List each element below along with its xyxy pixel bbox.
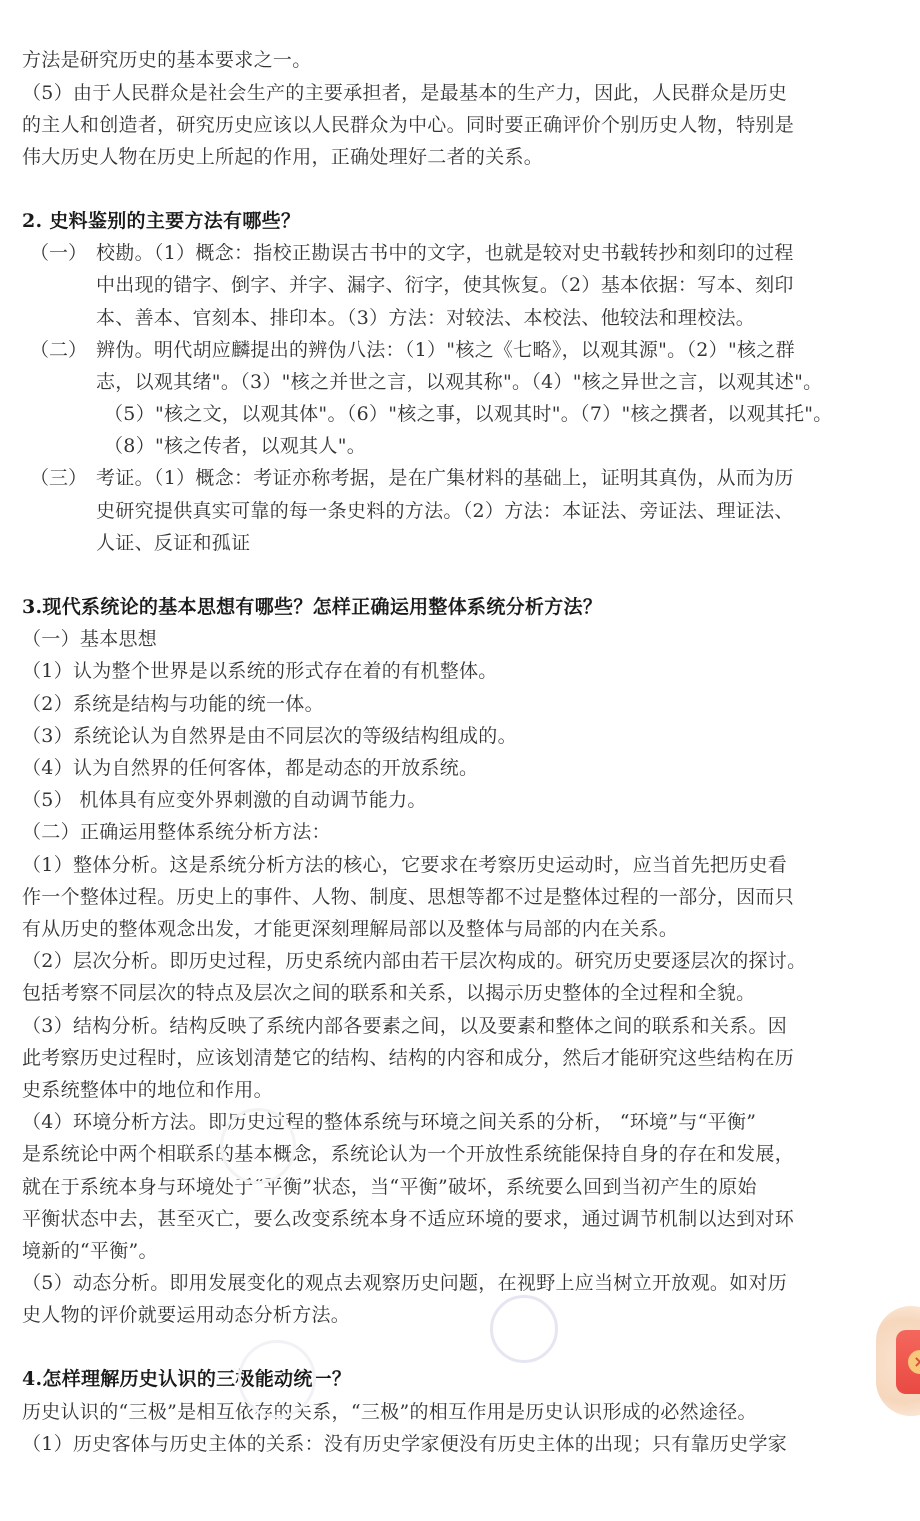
paragraph-line: 作一个整体过程。历史上的事件、人物、制度、思想等都不过是整体过程的一部分，因而只 (22, 881, 880, 913)
paragraph-line: 包括考察不同层次的特点及层次之间的联系和关系，以揭示历史整体的全过程和全貌。 (22, 977, 880, 1009)
paragraph-line: 本、善本、官刻本、排印本。（3）方法：对较法、本校法、他较法和理校法。 (96, 302, 880, 334)
loading-ring-icon (490, 1295, 558, 1363)
paragraph-line: 史人物的评价就要运用动态分析方法。 (22, 1299, 880, 1331)
paragraph-line: 人证、反证和孤证 (96, 527, 880, 559)
paragraph-line: 此考察历史过程时，应该划清楚它的结构、结构的内容和成分，然后才能研究这些结构在历 (22, 1042, 880, 1074)
paragraph-line: （5）动态分析。即用发展变化的观点去观察历史问题，在视野上应当树立开放观。如对历 (22, 1267, 880, 1299)
paragraph-line: （4）环境分析方法。即历史过程的整体系统与环境之间关系的分析， “环境”与“平衡… (22, 1106, 880, 1138)
paragraph-line: （二）正确运用整体系统分析方法： (22, 816, 880, 848)
paragraph-line: 考证。（1）概念：考证亦称考据，是在广集材料的基础上，证明其真伪，从而为历 (96, 462, 880, 494)
paragraph-line: （3）系统论认为自然界是由不同层次的等级结构组成的。 (22, 720, 880, 752)
question-3-title: 3.现代系统论的基本思想有哪些？怎样正确运用整体系统分析方法？ (22, 591, 880, 623)
paragraph-line: 有从历史的整体观念出发，才能更深刻理解局部以及整体与局部的内在关系。 (22, 913, 880, 945)
question-4-title: 4.怎样理解历史认识的三极能动统一？ (22, 1363, 880, 1395)
paragraph-line: 志，以观其绪"。（3）"核之并世之言，以观其称"。（4）"核之异世之言，以观其述… (96, 366, 880, 398)
item-label: （三） (30, 462, 87, 494)
item-label: （一） (30, 237, 87, 269)
paragraph-line: 校勘。（1）概念：指校正勘误古书中的文字，也就是较对史书载转抄和刻印的过程 (96, 237, 880, 269)
paragraph-line: 中出现的错字、倒字、并字、漏字、衍字，使其恢复。（2）基本依据：写本、刻印 (96, 269, 880, 301)
paragraph-line: （3）结构分析。结构反映了系统内部各要素之间，以及要素和整体之间的联系和关系。因 (22, 1010, 880, 1042)
paragraph-line: （5） 机体具有应变外界刺激的自动调节能力。 (22, 784, 880, 816)
paragraph-line: （8）"核之传者，以观其人"。 (104, 430, 880, 462)
paragraph-line: 就在于系统本身与环境处于“平衡”状态，当“平衡”破坏，系统要么回到当初产生的原始 (22, 1171, 880, 1203)
paragraph-line: 的主人和创造者，研究历史应该以人民群众为中心。同时要正确评价个别历史人物，特别是 (22, 109, 880, 141)
floating-action-button[interactable]: × (876, 1306, 920, 1416)
paragraph-line: （5）由于人民群众是社会生产的主要承担者，是最基本的生产力，因此，人民群众是历史 (22, 77, 880, 109)
paragraph-line: 辨伪。明代胡应麟提出的辨伪八法：（1）"核之《七略》，以观其源"。（2）"核之群 (96, 334, 880, 366)
paragraph-line: 平衡状态中去，甚至灭亡，要么改变系统本身不适应环境的要求，通过调节机制以达到对环 (22, 1203, 880, 1235)
floating-button-badge: × (896, 1330, 920, 1394)
item-label: （二） (30, 334, 87, 366)
paragraph-line: （1）整体分析。这是系统分析方法的核心，它要求在考察历史运动时，应当首先把历史看 (22, 849, 880, 881)
paragraph-line: （4）认为自然界的任何客体，都是动态的开放系统。 (22, 752, 880, 784)
paragraph-line: 史研究提供真实可靠的每一条史料的方法。（2）方法：本证法、旁证法、理证法、 (96, 495, 880, 527)
paragraph-line: 方法是研究历史的基本要求之一。 (22, 44, 880, 76)
paragraph-line: （2）层次分析。即历史过程，历史系统内部由若干层次构成的。研究历史要逐层次的探讨… (22, 945, 880, 977)
paragraph-line: （2）系统是结构与功能的统一体。 (22, 688, 880, 720)
paragraph-line: 是系统论中两个相联系的基本概念，系统论认为一个开放性系统能保持自身的存在和发展， (22, 1138, 880, 1170)
paragraph-line: 境新的“平衡”。 (22, 1235, 880, 1267)
paragraph-line: （5）"核之文，以观其体"。（6）"核之事，以观其时"。（7）"核之撰者，以观其… (104, 398, 880, 430)
paragraph-line: 历史认识的“三极”是相互依存的关系，“三极”的相互作用是历史认识形成的必然途径。 (22, 1396, 880, 1428)
watermark-ring-icon (238, 1340, 316, 1418)
paragraph-line: 史系统整体中的地位和作用。 (22, 1074, 880, 1106)
paragraph-line: （1）历史客体与历史主体的关系：没有历史学家便没有历史主体的出现；只有靠历史学家 (22, 1428, 880, 1460)
question-2-title: 2. 史料鉴别的主要方法有哪些？ (22, 205, 880, 237)
paragraph-line: （一）基本思想 (22, 623, 880, 655)
close-icon[interactable]: × (908, 1350, 920, 1374)
paragraph-line: （1）认为整个世界是以系统的形式存在着的有机整体。 (22, 655, 880, 687)
paragraph-line: 伟大历史人物在历史上所起的作用，正确处理好二者的关系。 (22, 141, 880, 173)
watermark-ring-icon (220, 1108, 296, 1184)
